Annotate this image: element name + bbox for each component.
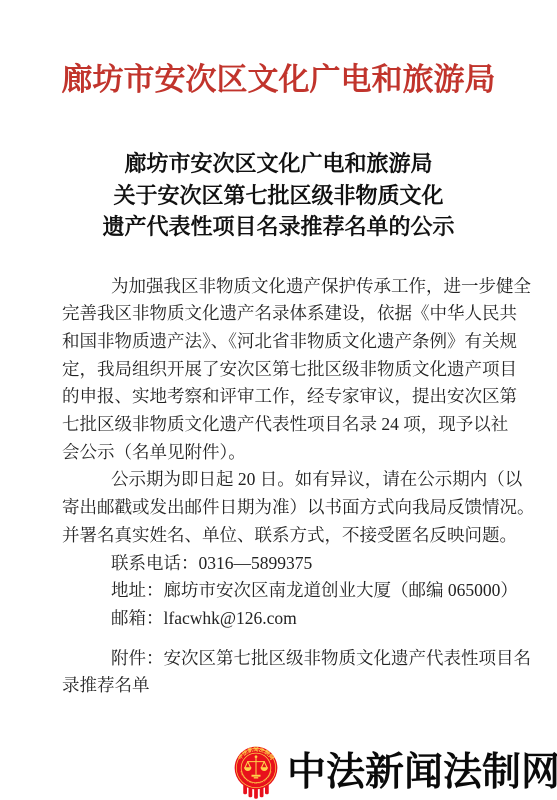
contact-info: 联系电话：0316—5899375 地址：廊坊市安次区南龙道创业大厦（邮编 06… (62, 550, 497, 633)
text-line: 的申报、实地考察和评审工作，经专家审议，提出安次区第 (62, 383, 497, 411)
contact-address-line: 地址：廊坊市安次区南龙道创业大厦（邮编 065000） (111, 577, 497, 605)
announcement-title: 廊坊市安次区文化广电和旅游局关于安次区第七批区级非物质文化遗产代表性项目名录推荐… (0, 148, 557, 243)
address-label: 地址： (111, 580, 164, 600)
text-line: 会公示（名单见附件）。 (62, 439, 497, 467)
text-line: 附件：安次区第七批区级非物质文化遗产代表性项目名 (62, 645, 497, 673)
text-line: 并署名真实姓名、单位、联系方式，不接受匿名反映问题。 (62, 522, 497, 550)
text-line: 和国非物质遗产法》、《河北省非物质文化遗产条例》有关规 (62, 328, 497, 356)
email-label: 邮箱： (111, 608, 164, 628)
body-paragraph-1: 为加强我区非物质文化遗产保护传承工作，进一步健全完善我区非物质文化遗产名录体系建… (62, 273, 497, 467)
text-line: 寄出邮戳或发出邮件日期为准）以书面方式向我局反馈情况。 (62, 494, 497, 522)
text-line: 七批区级非物质文化遗产代表性项目名录 24 项，现予以社 (62, 411, 497, 439)
contact-phone-line: 联系电话：0316—5899375 (111, 550, 497, 578)
text-line: 完善我区非物质文化遗产名录体系建设，依据《中华人民共 (62, 300, 497, 328)
document-page: 廊坊市安次区文化广电和旅游局 廊坊市安次区文化广电和旅游局关于安次区第七批区级非… (0, 0, 557, 800)
scales-of-justice-emblem-icon: 中法新闻法制网 ZHONG FA XIN WEN FA ZHI WANG (232, 746, 280, 799)
text-line: 录推荐名单 (62, 672, 497, 700)
site-name-text: 中法新闻法制网 (287, 753, 557, 792)
text-line: 为加强我区非物质文化遗产保护传承工作，进一步健全 (62, 273, 497, 301)
site-watermark-logo: 中法新闻法制网 ZHONG FA XIN WEN FA ZHI WANG 中法新… (232, 746, 557, 799)
text-line: 关于安次区第七批区级非物质文化 (0, 180, 557, 212)
email-value: lfacwhk@126.com (164, 608, 297, 628)
document-body: 为加强我区非物质文化遗产保护传承工作，进一步健全完善我区非物质文化遗产名录体系建… (62, 273, 497, 701)
contact-email-line: 邮箱：lfacwhk@126.com (111, 605, 497, 633)
text-line: 公示期为即日起 20 日。如有异议，请在公示期内（以 (62, 466, 497, 494)
attachment-note: 附件：安次区第七批区级非物质文化遗产代表性项目名录推荐名单 (62, 645, 497, 700)
phone-number: 0316—5899375 (199, 553, 313, 573)
address-value: 廊坊市安次区南龙道创业大厦（邮编 065000） (164, 580, 518, 600)
text-line: 遗产代表性项目名录推荐名单的公示 (0, 211, 557, 243)
text-line: 廊坊市安次区文化广电和旅游局 (0, 148, 557, 180)
body-paragraph-2: 公示期为即日起 20 日。如有异议，请在公示期内（以寄出邮戳或发出邮件日期为准）… (62, 466, 497, 549)
phone-label: 联系电话： (111, 553, 199, 573)
text-line: 定，我局组织开展了安次区第七批区级非物质文化遗产项目 (62, 356, 497, 384)
letterhead-agency-title: 廊坊市安次区文化广电和旅游局 (0, 0, 557, 102)
